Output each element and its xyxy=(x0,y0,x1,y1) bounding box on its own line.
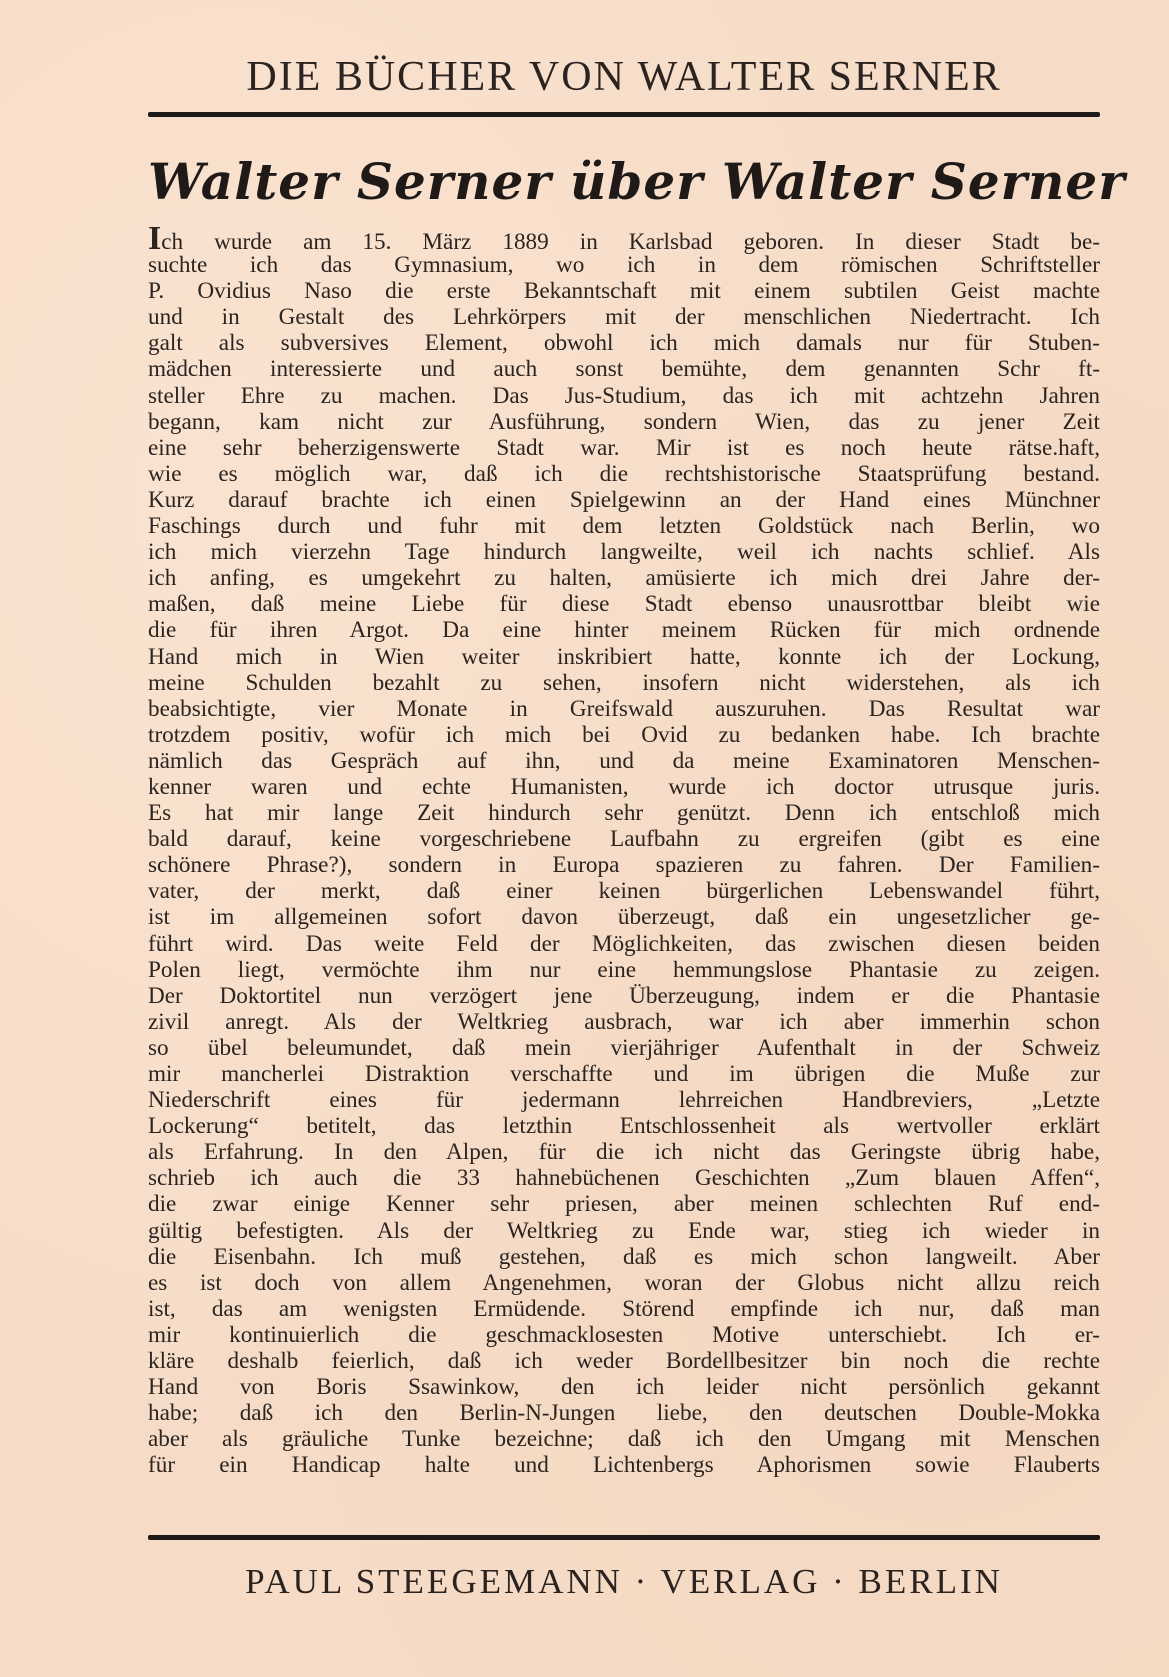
text-line: Hand von Boris Ssawinkow, den ich leider… xyxy=(148,1374,1100,1400)
text-line: Der Doktortitel nun verzögert jene Überz… xyxy=(148,983,1100,1009)
text-line: galt als subversives Element, obwohl ich… xyxy=(148,330,1100,356)
publisher-imprint: PAUL STEEGEMANN · VERLAG · BERLIN xyxy=(148,1560,1100,1604)
text-line: meine Schulden bezahlt zu sehen, insofer… xyxy=(148,670,1100,696)
text-line: maßen, daß meine Liebe für diese Stadt e… xyxy=(148,591,1100,617)
body-text: Ich wurde am 15. März 1889 in Karlsbad g… xyxy=(148,226,1100,1479)
text-line: für ein Handicap halte und Lichtenbergs … xyxy=(148,1452,1100,1478)
text-line: mir kontinuierlich die geschmacklosesten… xyxy=(148,1322,1100,1348)
text-line: gültig befestigten. Als der Weltkrieg zu… xyxy=(148,1218,1100,1244)
text-line: Faschings durch und fuhr mit dem letzten… xyxy=(148,513,1100,539)
text-line: die zwar einige Kenner sehr priesen, abe… xyxy=(148,1191,1100,1217)
text-line: zivil anregt. Als der Weltkrieg ausbrach… xyxy=(148,1009,1100,1035)
text-line: eine sehr beherzigenswerte Stadt war. Mi… xyxy=(148,435,1100,461)
text-line: die für ihren Argot. Da eine hinter mein… xyxy=(148,617,1100,643)
text-line: kläre deshalb feierlich, daß ich weder B… xyxy=(148,1348,1100,1374)
text-line: Kurz darauf brachte ich einen Spielgewin… xyxy=(148,487,1100,513)
text-line: suchte ich das Gymnasium, wo ich in dem … xyxy=(148,252,1100,278)
text-line: nämlich das Gespräch auf ihn, und da mei… xyxy=(148,748,1100,774)
text-line: es ist doch von allem Angenehmen, woran … xyxy=(148,1270,1100,1296)
text-line: vater, der merkt, daß einer keinen bürge… xyxy=(148,878,1100,904)
text-line: schönere Phrase?), sondern in Europa spa… xyxy=(148,852,1100,878)
text-line: kenner waren und echte Humanisten, wurde… xyxy=(148,774,1100,800)
text-line: habe; daß ich den Berlin-N-Jungen liebe,… xyxy=(148,1400,1100,1426)
text-line: Ich wurde am 15. März 1889 in Karlsbad g… xyxy=(148,226,1100,252)
text-line: bald darauf, keine vorgeschriebene Laufb… xyxy=(148,826,1100,852)
text-line: trotzdem positiv, wofür ich mich bei Ovi… xyxy=(148,722,1100,748)
text-line: mädchen interessierte und auch sonst bem… xyxy=(148,356,1100,382)
text-line: ist im allgemeinen sofort davon überzeug… xyxy=(148,904,1100,930)
text-line: führt wird. Das weite Feld der Möglichke… xyxy=(148,931,1100,957)
text-line: mir mancherlei Distraktion verschaffte u… xyxy=(148,1061,1100,1087)
text-line: beabsichtigte, vier Monate in Greifswald… xyxy=(148,696,1100,722)
text-line: als Erfahrung. In den Alpen, für die ich… xyxy=(148,1139,1100,1165)
text-line: Es hat mir lange Zeit hindurch sehr genü… xyxy=(148,800,1100,826)
text-line: so übel beleumundet, daß mein vierjährig… xyxy=(148,1035,1100,1061)
running-head: DIE BÜCHER VON WALTER SERNER xyxy=(148,52,1100,102)
text-line: Polen liegt, vermöchte ihm nur eine hemm… xyxy=(148,957,1100,983)
text-line: Hand mich in Wien weiter inskribiert hat… xyxy=(148,644,1100,670)
header-rule xyxy=(148,112,1100,117)
footer-rule xyxy=(148,1535,1100,1540)
text-line: P. Ovidius Naso die erste Bekanntschaft … xyxy=(148,278,1100,304)
text-line: die Eisenbahn. Ich muß gestehen, daß es … xyxy=(148,1244,1100,1270)
text-line: schrieb ich auch die 33 hahnebüchenen Ge… xyxy=(148,1165,1100,1191)
text-line: ist, das am wenigsten Ermüdende. Störend… xyxy=(148,1296,1100,1322)
text-line: Lockerung“ betitelt, das letzthin Entsch… xyxy=(148,1113,1100,1139)
text-line: steller Ehre zu machen. Das Jus-Studium,… xyxy=(148,383,1100,409)
text-line: Niederschrift eines für jedermann lehrre… xyxy=(148,1087,1100,1113)
text-line: aber als gräuliche Tunke bezeichne; daß … xyxy=(148,1426,1100,1452)
text-line: ich mich vierzehn Tage hindurch langweil… xyxy=(148,539,1100,565)
text-line: ich anfing, es umgekehrt zu halten, amüs… xyxy=(148,565,1100,591)
page-title: Walter Serner über Walter Serner xyxy=(148,150,1100,214)
text-line: wie es möglich war, daß ich die rechtshi… xyxy=(148,461,1100,487)
book-page: DIE BÜCHER VON WALTER SERNER Walter Sern… xyxy=(148,0,1100,1677)
text-line: begann, kam nicht zur Ausführung, sonder… xyxy=(148,409,1100,435)
text-line: und in Gestalt des Lehrkörpers mit der m… xyxy=(148,304,1100,330)
